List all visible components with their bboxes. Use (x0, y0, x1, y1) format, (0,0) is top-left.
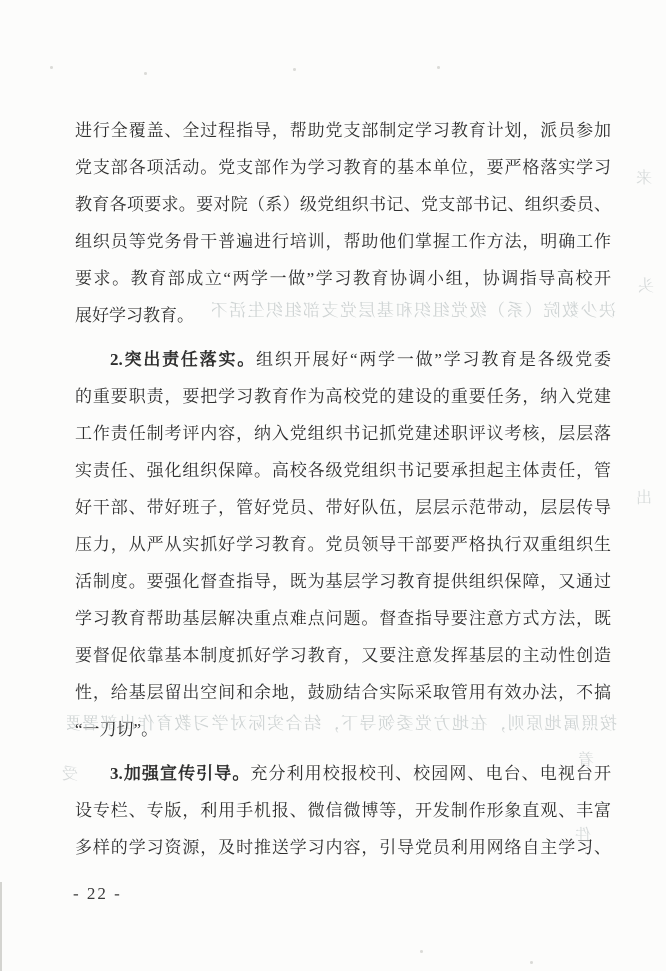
document-page: 进行全覆盖、全过程指导，帮助党支部制定学习教育计划，派员参加党支部各项活动。党支… (0, 0, 666, 971)
bleedthrough-mark: 受 (62, 766, 78, 784)
paragraph-heading: 2.突出责任落实。 (110, 350, 256, 369)
paragraph: 3.加强宣传引导。充分利用校报校刊、校园网、电台、电视台开设专栏、专版，利用手机… (75, 755, 611, 866)
paragraph-heading: 3.加强宣传引导。 (110, 764, 250, 783)
scan-edge-artifact (0, 882, 2, 971)
scan-speck (144, 72, 147, 75)
text-line: 活制度。要强化督查指导，既为基层学习教育提供组织保障，又通过 (75, 563, 611, 600)
text-line: 2.突出责任落实。组织开展好“两学一做”学习教育是各级党委 (75, 341, 611, 378)
text-line: 的重要职责，要把学习教育作为高校党的建设的重要任务，纳入党建 (75, 378, 611, 415)
bleedthrough-text: 按照属地原则，在地方党委领导下，结合实际对学习教育作出部署要 (67, 712, 617, 736)
document-text: 进行全覆盖、全过程指导，帮助党支部制定学习教育计划，派员参加党支部各项活动。党支… (75, 112, 611, 866)
text-line: 好干部、带好班子，管好党员、带好队伍，层层示范带动，层层传导 (75, 489, 611, 526)
paragraph: 2.突出责任落实。组织开展好“两学一做”学习教育是各级党委的重要职责，要把学习教… (75, 341, 611, 748)
text-line: 3.加强宣传引导。充分利用校报校刊、校园网、电台、电视台开 (75, 755, 611, 792)
text-line: 多样的学习资源，及时推送学习内容，引导党员利用网络自主学习、 (75, 829, 611, 866)
bleedthrough-mark: 件 (575, 827, 591, 845)
text-line: 教育各项要求。要对院（系）级党组织书记、党支部书记、组织委员、 (75, 186, 611, 223)
scan-speck (293, 68, 296, 71)
text-line: 党支部各项活动。党支部作为学习教育的基本单位，要严格落实学习 (75, 149, 611, 186)
bleedthrough-mark: 着 (578, 752, 594, 770)
bleedthrough-mark: 来 (636, 170, 652, 188)
bleedthrough-mark: 出 (636, 490, 652, 508)
scan-speck (420, 950, 423, 953)
text-line: 进行全覆盖、全过程指导，帮助党支部制定学习教育计划，派员参加 (75, 112, 611, 149)
text-line: 要督促依靠基本制度抓好学习教育，又要注意发挥基层的主动性创造 (75, 637, 611, 674)
scan-speck (437, 66, 440, 69)
bleedthrough-text: 决少数院（系）级党组织和基层党支部组织生活不严肃 (212, 299, 616, 323)
scan-speck (530, 961, 533, 964)
page-number: - 22 - (73, 884, 122, 904)
text-line: 工作责任制考评内容，纳入党组织书记抓党建述职评议考核，层层落 (75, 415, 611, 452)
scan-speck (50, 66, 53, 69)
text-line: 要求。教育部成立“两学一做”学习教育协调小组，协调指导高校开 (75, 260, 611, 297)
text-line: 设专栏、专版，利用手机报、微信微博等，开发制作形象直观、丰富 (75, 792, 611, 829)
text-line: 学习教育帮助基层解决重点难点问题。督查指导要注意方式方法，既 (75, 600, 611, 637)
text-line: 实责任、强化组织保障。高校各级党组织书记要承担起主体责任，管 (75, 452, 611, 489)
bleedthrough-mark: 头 (638, 278, 654, 296)
text-line: 组织员等党务骨干普遍进行培训，帮助他们掌握工作方法，明确工作 (75, 223, 611, 260)
text-line: 压力，从严从实抓好学习教育。党员领导干部要严格执行双重组织生 (75, 526, 611, 563)
text-line: 性，给基层留出空间和余地，鼓励结合实际采取管用有效办法，不搞 (75, 674, 611, 711)
